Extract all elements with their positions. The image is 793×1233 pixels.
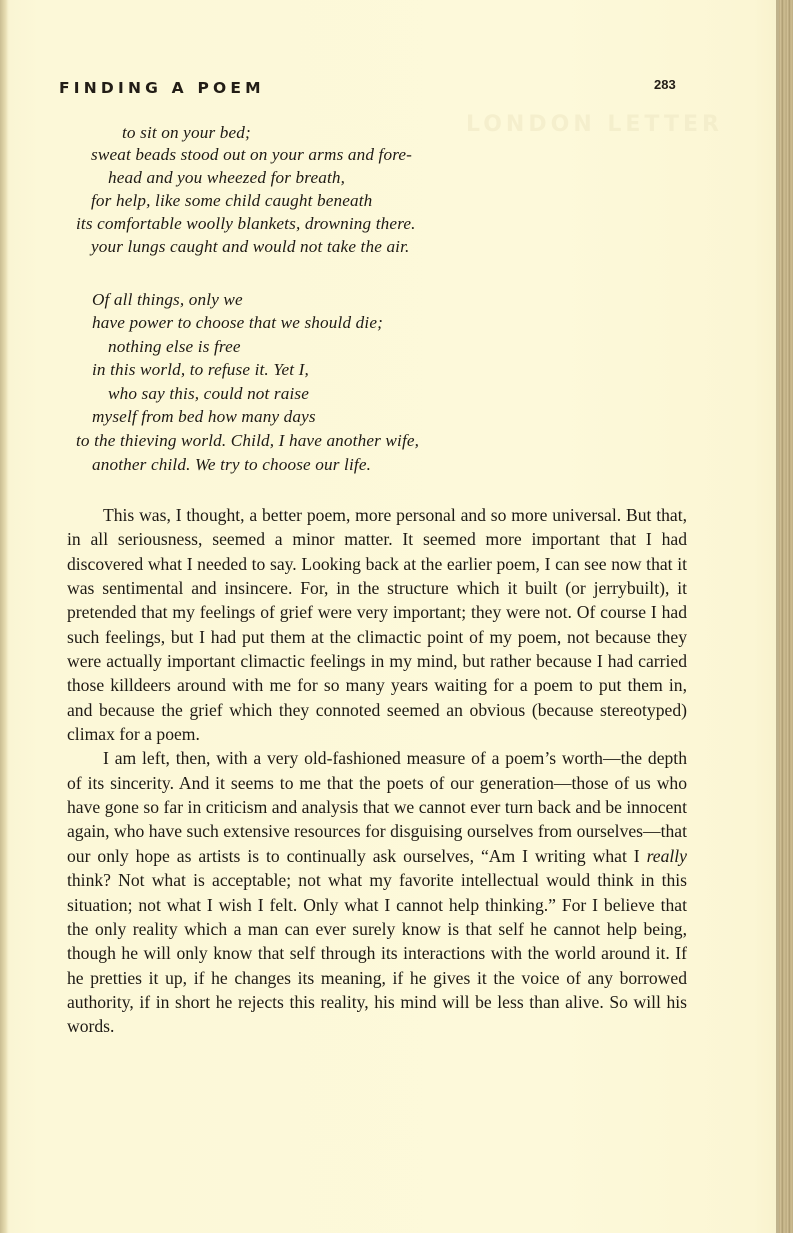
poem-line: myself from bed how many days [92, 408, 316, 425]
book-page: LONDON LETTER FINDING A POEM 283 to sit … [0, 0, 793, 1233]
paragraph-text: This was, I thought, a better poem, more… [67, 505, 687, 744]
page-edges [779, 0, 793, 1233]
poem-line: sweat beads stood out on your arms and f… [91, 146, 412, 163]
poem-line: for help, like some child caught beneath [91, 192, 372, 209]
poem-line: your lungs caught and would not take the… [91, 238, 410, 255]
page-number: 283 [654, 77, 676, 92]
paragraph: I am left, then, with a very old-fashion… [67, 746, 687, 1038]
paragraph-text: think? Not what is acceptable; not what … [67, 870, 687, 1036]
poem-line: nothing else is free [108, 338, 241, 355]
bleed-through-text: LONDON LETTER [466, 112, 723, 137]
binding-shadow [0, 0, 8, 1233]
poem-line: who say this, could not raise [108, 385, 309, 402]
emphasis: really [647, 846, 687, 866]
poem-line: to sit on your bed; [122, 124, 251, 141]
body-text: This was, I thought, a better poem, more… [67, 503, 687, 1039]
poem-line: its comfortable woolly blankets, drownin… [76, 215, 416, 232]
poem-line: in this world, to refuse it. Yet I, [92, 361, 309, 378]
poem-line: head and you wheezed for breath, [108, 169, 345, 186]
poem-line: to the thieving world. Child, I have ano… [76, 432, 419, 449]
poem-line: have power to choose that we should die; [92, 314, 383, 331]
paragraph: This was, I thought, a better poem, more… [67, 503, 687, 746]
running-head: FINDING A POEM [59, 79, 265, 97]
poem-line: another child. We try to choose our life… [92, 456, 371, 473]
paragraph-text: I am left, then, with a very old-fashion… [67, 748, 687, 865]
poem-line: Of all things, only we [92, 291, 243, 308]
